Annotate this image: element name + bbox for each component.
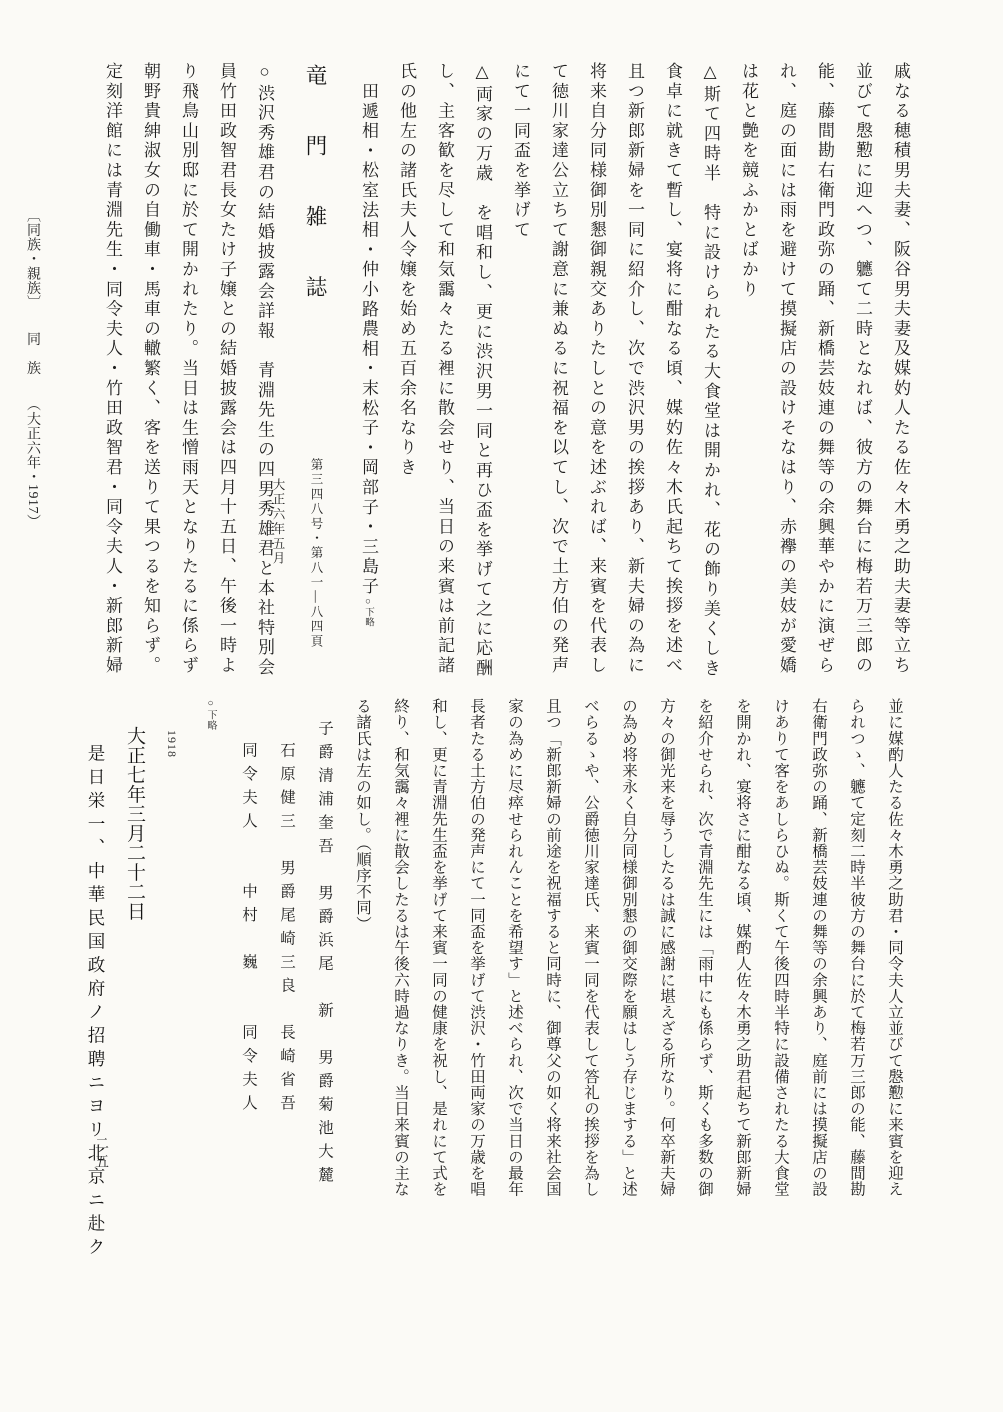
text-column: 定刻洋館には青淵先生・同令夫人・竹田政智君・同令夫人・新郎新婦: [93, 62, 131, 717]
text-column: 和し、更に青淵先生盃を挙げて来賓一同の健康を祝し、是れにて式を: [419, 698, 457, 1343]
journal-citation: 第三四八号・第八一―八四頁 大正六年五月: [259, 458, 335, 649]
guest-name-column: 石原健三 男爵尾崎三良 長崎省吾: [267, 698, 305, 1343]
event-note: 是日栄一、中華民国政府ノ招聘ニヨリ北京ニ赴ク: [77, 698, 115, 1343]
text-column: 並びて慇懃に迎へつ、軈て二時となれば、彼方の舞台に梅若万三郎の: [843, 62, 881, 717]
running-title-text: 〔同族・親族〕 同 族 （大正六年・1917）: [22, 208, 42, 608]
journal-date: 大正六年五月: [259, 458, 297, 649]
journal-title: 竜門雑誌: [300, 64, 331, 346]
text-column: 終り、和気靄々裡に散会したるは午後六時過なりき。当日来賓の主な: [381, 698, 419, 1343]
text-column: べらるゝや、公爵徳川家達氏、来賓一同を代表して答礼の挨拶を為し: [571, 698, 609, 1343]
minister-names-column: 田遞相・松室法相・仲小路農相・末松子・岡部子・三島子○下略: [349, 62, 387, 717]
text-column: り飛鳥山別邸に於て開かれたり。当日は生憎雨天となりたるに係らず: [169, 62, 207, 717]
text-column: て徳川家達公立ちて謝意に兼ぬるに祝福を以てし、次で土方伯の発声: [539, 62, 577, 717]
journal-issue: 第三四八号・第八一―八四頁: [297, 458, 335, 649]
guest-name-column: 同令夫人 中村 巍 同令夫人: [229, 698, 267, 1343]
minister-names: 田遞相・松室法相・仲小路農相・末松子・岡部子・三島子: [359, 82, 378, 597]
text-column: られつゝ、軈て定刻二時半彼方の舞台に於て梅若万三郎の能、藤間勘: [837, 698, 875, 1343]
text-column: 且つ新郎新婦を一同に紹介し、次で渋沢男の挨拶あり、新夫婦の為に: [615, 62, 653, 717]
text-column: 氏の他左の諸氏夫人令嬢を始め五百余名なりき: [387, 62, 425, 717]
text-column: 能、藤間勘右衛門政弥の踊、新橋芸妓連の舞等の余興華やかに演ぜら: [805, 62, 843, 717]
year-margin-note: 1918: [153, 698, 191, 1343]
page-number: 二五: [90, 1136, 110, 1172]
text-column: 家の為めに尽瘁せられんことを希望す」と述べられ、次で当日の最年: [495, 698, 533, 1343]
omission-note: ○下略: [191, 698, 229, 1343]
text-column: 方々の御光来を辱うしたるは誠に感謝に堪えざる所なり。何卒新夫婦: [647, 698, 685, 1343]
text-column: を紹介せられ、次で青淵先生には「雨中にも係らず、斯くも多数の御: [685, 698, 723, 1343]
text-column: の為め将来永く自分同様御別懇の御交際を願はしう存じまする」と述: [609, 698, 647, 1343]
text-column: る諸氏は左の如し。（順序不同）: [343, 698, 381, 1343]
text-column: 朝野貴紳淑女の自働車・馬車の轍繁く、客を送りて果つるを知らず。: [131, 62, 169, 717]
text-column: 長者たる土方伯の発声にて一同盃を挙げて渋沢・竹田両家の万歳を唱: [457, 698, 495, 1343]
text-column: △斯て四時半 特に設けられたる大食堂は開かれ、花の飾り美くしき: [691, 62, 729, 717]
text-column: は花と艶を競ふかとばかり: [729, 62, 767, 717]
text-column: 並に媒酌人たる佐々木勇之助君・同令夫人立並びて慇懃に来賓を迎え: [875, 698, 913, 1343]
text-column: を開かれ、宴将さに酣なる頃、媒酌人佐々木勇之助君起ちて新郎新婦: [723, 698, 761, 1343]
omission-note: ○下略: [363, 597, 373, 628]
page-number-text: 二五: [90, 1136, 110, 1172]
date-heading: 大正七年三月二十二日: [115, 698, 153, 1343]
journal-reference-column: 竜門雑誌 第三四八号・第八一―八四頁 大正六年五月: [295, 62, 337, 717]
text-column: 食卓に就きて暫し、宴将に酣なる頃、媒妁佐々木氏起ちて挨拶を述べ: [653, 62, 691, 717]
text-column: れ、庭の面には雨を避けて摸擬店の設けそなはり、赤襷の美妓が愛嬌: [767, 62, 805, 717]
text-column: にて一同盃を挙げて: [501, 62, 539, 717]
guest-name-column: 子爵清浦奎吾 男爵浜尾 新 男爵菊池大麓: [305, 698, 343, 1343]
text-column: けありて客をあしらひぬ。斯くて午後四時半特に設備されたる大食堂: [761, 698, 799, 1343]
text-column: 戚なる穂積男夫妻、阪谷男夫妻及媒妁人たる佐々木勇之助夫妻等立ち: [881, 62, 919, 717]
side-running-title: 〔同族・親族〕 同 族 （大正六年・1917）: [22, 208, 42, 608]
text-column: △両家の万歳 を唱和し、更に渋沢男一同と再ひ盃を挙げて之に応酬: [463, 62, 501, 717]
top-text-block: 戚なる穂積男夫妻、阪谷男夫妻及媒妁人たる佐々木勇之助夫妻等立ち 並びて慇懃に迎へ…: [93, 62, 919, 717]
text-column: 将来自分同様御別懇御親交ありたしとの意を述ぶれば、来賓を代表し: [577, 62, 615, 717]
text-column: 且つ「新郎新婦の前途を祝福すると同時に、御尊父の如く将来社会国: [533, 698, 571, 1343]
text-column: 員竹田政智君長女たけ子嬢との結婚披露会は四月十五日、午後一時よ: [207, 62, 245, 717]
text-column: 右衛門政弥の踊、新橋芸妓連の舞等の余興あり、庭前には摸擬店の設: [799, 698, 837, 1343]
bottom-text-block: 並に媒酌人たる佐々木勇之助君・同令夫人立並びて慇懃に来賓を迎え られつゝ、軈て定…: [77, 698, 913, 1343]
text-column: し、主客歓を尽して和気靄々たる裡に散会せり、当日の来賓は前記諸: [425, 62, 463, 717]
